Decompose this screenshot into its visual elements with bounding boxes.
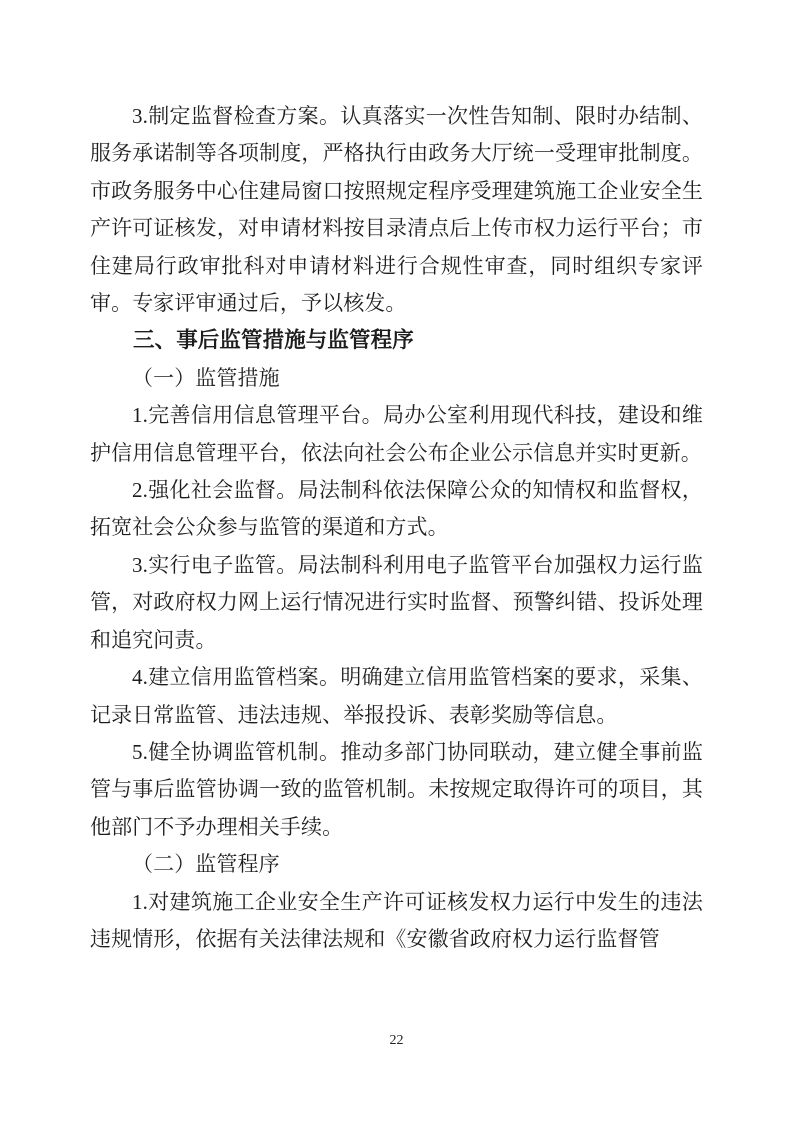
subsection-heading: （一）监管措施 — [90, 360, 703, 397]
section-heading: 三、事后监管措施与监管程序 — [90, 322, 703, 359]
page-number: 22 — [0, 1032, 793, 1050]
paragraph: 2.强化社会监督。局法制科依法保障公众的知情权和监督权，拓宽社会公众参与监管的渠… — [90, 472, 703, 547]
paragraph: 3.制定监督检查方案。认真落实一次性告知制、限时办结制、服务承诺制等各项制度，严… — [90, 98, 703, 322]
subsection-heading: （二）监管程序 — [90, 846, 703, 883]
paragraph: 3.实行电子监管。局法制科利用电子监管平台加强权力运行监管，对政府权力网上运行情… — [90, 547, 703, 659]
paragraph: 1.对建筑施工企业安全生产许可证核发权力运行中发生的违法违规情形，依据有关法律法… — [90, 884, 703, 959]
paragraph: 1.完善信用信息管理平台。局办公室利用现代科技，建设和维护信用信息管理平台，依法… — [90, 397, 703, 472]
document-body: 3.制定监督检查方案。认真落实一次性告知制、限时办结制、服务承诺制等各项制度，严… — [90, 98, 703, 958]
document-page: 3.制定监督检查方案。认真落实一次性告知制、限时办结制、服务承诺制等各项制度，严… — [0, 0, 793, 1122]
paragraph: 5.健全协调监管机制。推动多部门协同联动，建立健全事前监管与事后监管协调一致的监… — [90, 734, 703, 846]
paragraph: 4.建立信用监管档案。明确建立信用监管档案的要求，采集、记录日常监管、违法违规、… — [90, 659, 703, 734]
